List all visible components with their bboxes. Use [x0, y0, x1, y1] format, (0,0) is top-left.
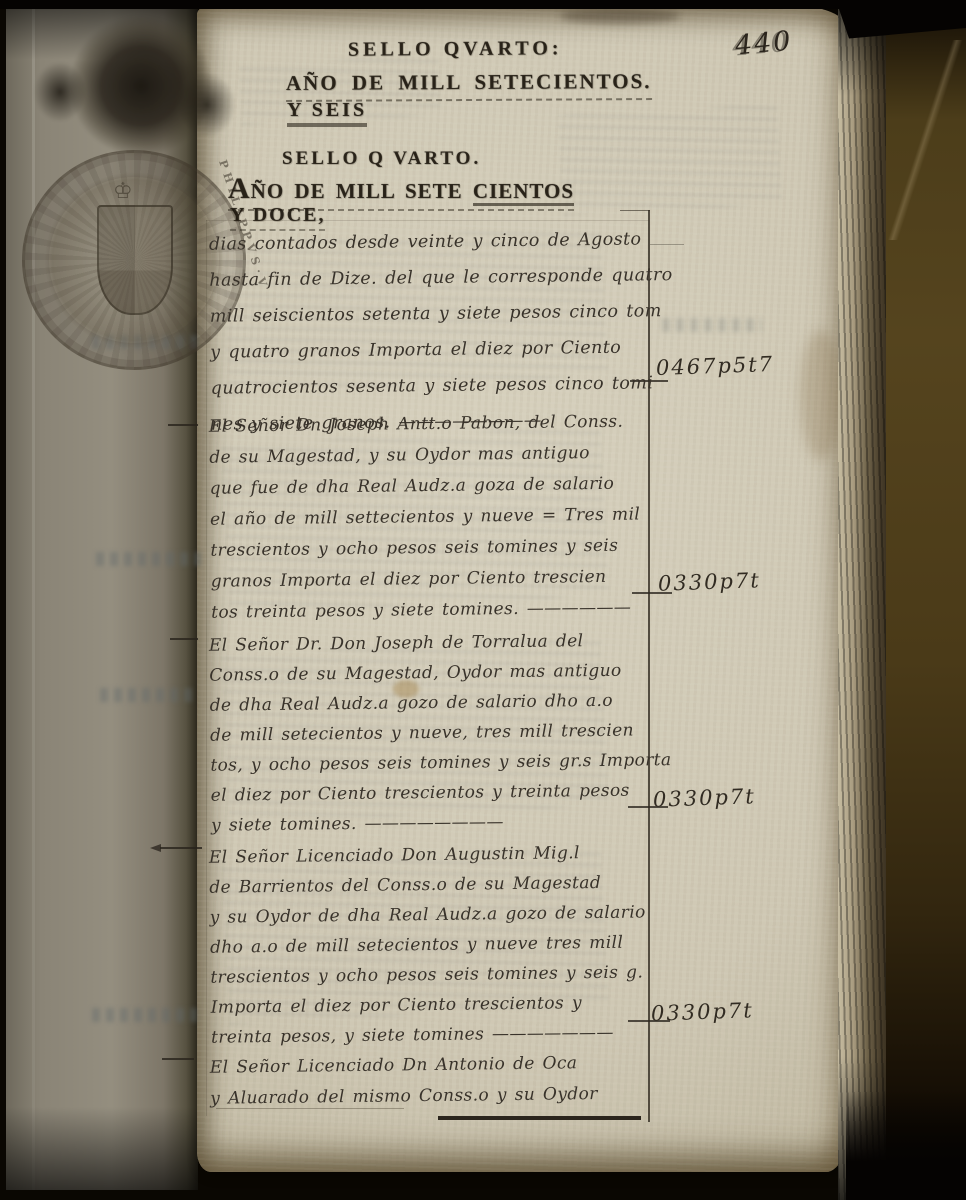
tax-stamp-1712-year-b: CIENTOS [473, 179, 574, 206]
margin-tick [650, 244, 684, 245]
entry-line: mill seiscientos setenta y siete pesos c… [210, 293, 656, 334]
entry-line: y Aluarado del mismo Conss.o y su Oydor [210, 1078, 656, 1114]
book-fore-edge [838, 0, 892, 1200]
entry-line: y siete tomines. ———————— [211, 805, 657, 840]
entry-paragraph: El Señor Dr. Don Joseph de Torralua del … [209, 625, 658, 840]
margin-amount: 0330p7t [658, 568, 761, 596]
book-cover-edge [886, 0, 966, 1200]
tax-stamp-1712-year-a: AÑO DE MILL SETE [228, 179, 473, 203]
entry-marker-dash [160, 847, 202, 849]
entry-line: dias contados desde veinte y cinco de Ag… [209, 221, 655, 262]
entry-paragraph: El Señor Licenciado Dn Antonio de Oca y … [210, 1047, 657, 1114]
entry-line: quatrocientos sesenta y siete pesos cinc… [210, 365, 656, 406]
folio-number: 440 [734, 26, 794, 62]
entry-marker-dash [170, 638, 198, 640]
crown-icon: ♔ [113, 179, 133, 204]
bleedthrough-amount-ghost [92, 1008, 197, 1022]
tax-stamp-1712-title: SELLO Q VARTO. [282, 148, 481, 170]
tax-stamp-1706-year2: Y SEIS [287, 99, 367, 127]
entry-paragraph: El Señor Licenciado Don Augustin Mig.l d… [209, 837, 658, 1052]
margin-amount: 0330p7t [651, 998, 754, 1026]
bleedthrough-amount-ghost [96, 552, 201, 566]
entry-marker-dash [162, 1058, 194, 1060]
total-line-heavy [438, 1116, 641, 1120]
entry-line: trescientos y ocho pesos seis tomines y … [210, 957, 656, 992]
text-block-top-rule [206, 220, 649, 221]
entry-line: tos treinta pesos y siete tomines. —————… [211, 592, 657, 628]
coat-of-arms-shield [97, 205, 173, 315]
tax-stamp-1706-title: SELLO QVARTO: [348, 37, 563, 61]
bleedthrough-amount-ghost [100, 688, 195, 702]
entry-line: hasta fin de Dize. del que le correspond… [209, 257, 655, 298]
entry-paragraph: El Señor Dn Joseph Antt.o Pabon, del Con… [209, 406, 658, 628]
text-block-left-rule [206, 220, 207, 1116]
entry-line: y quatro granos Importa el diez por Cien… [210, 329, 656, 370]
text-block-rule-hook [620, 210, 650, 211]
entry-line: el diez por Ciento trescientos y treinta… [211, 775, 657, 810]
ink-smudged-crown-crest [53, 0, 229, 172]
margin-amount: 0330p7t [653, 784, 756, 812]
margin-amount: 0467p5t7 [656, 352, 775, 380]
background-corner [846, 1090, 966, 1200]
background-edge [0, 0, 966, 9]
tax-stamp-1706-year: AÑO DE MILL SETECIENTOS. [286, 69, 652, 102]
manuscript-photograph: ♔ PHILIPPVS·V SELLO QVARTO: AÑO DE MILL … [0, 0, 966, 1200]
bleedthrough-amount-ghost [662, 318, 762, 332]
entry-marker-dash [168, 424, 198, 426]
